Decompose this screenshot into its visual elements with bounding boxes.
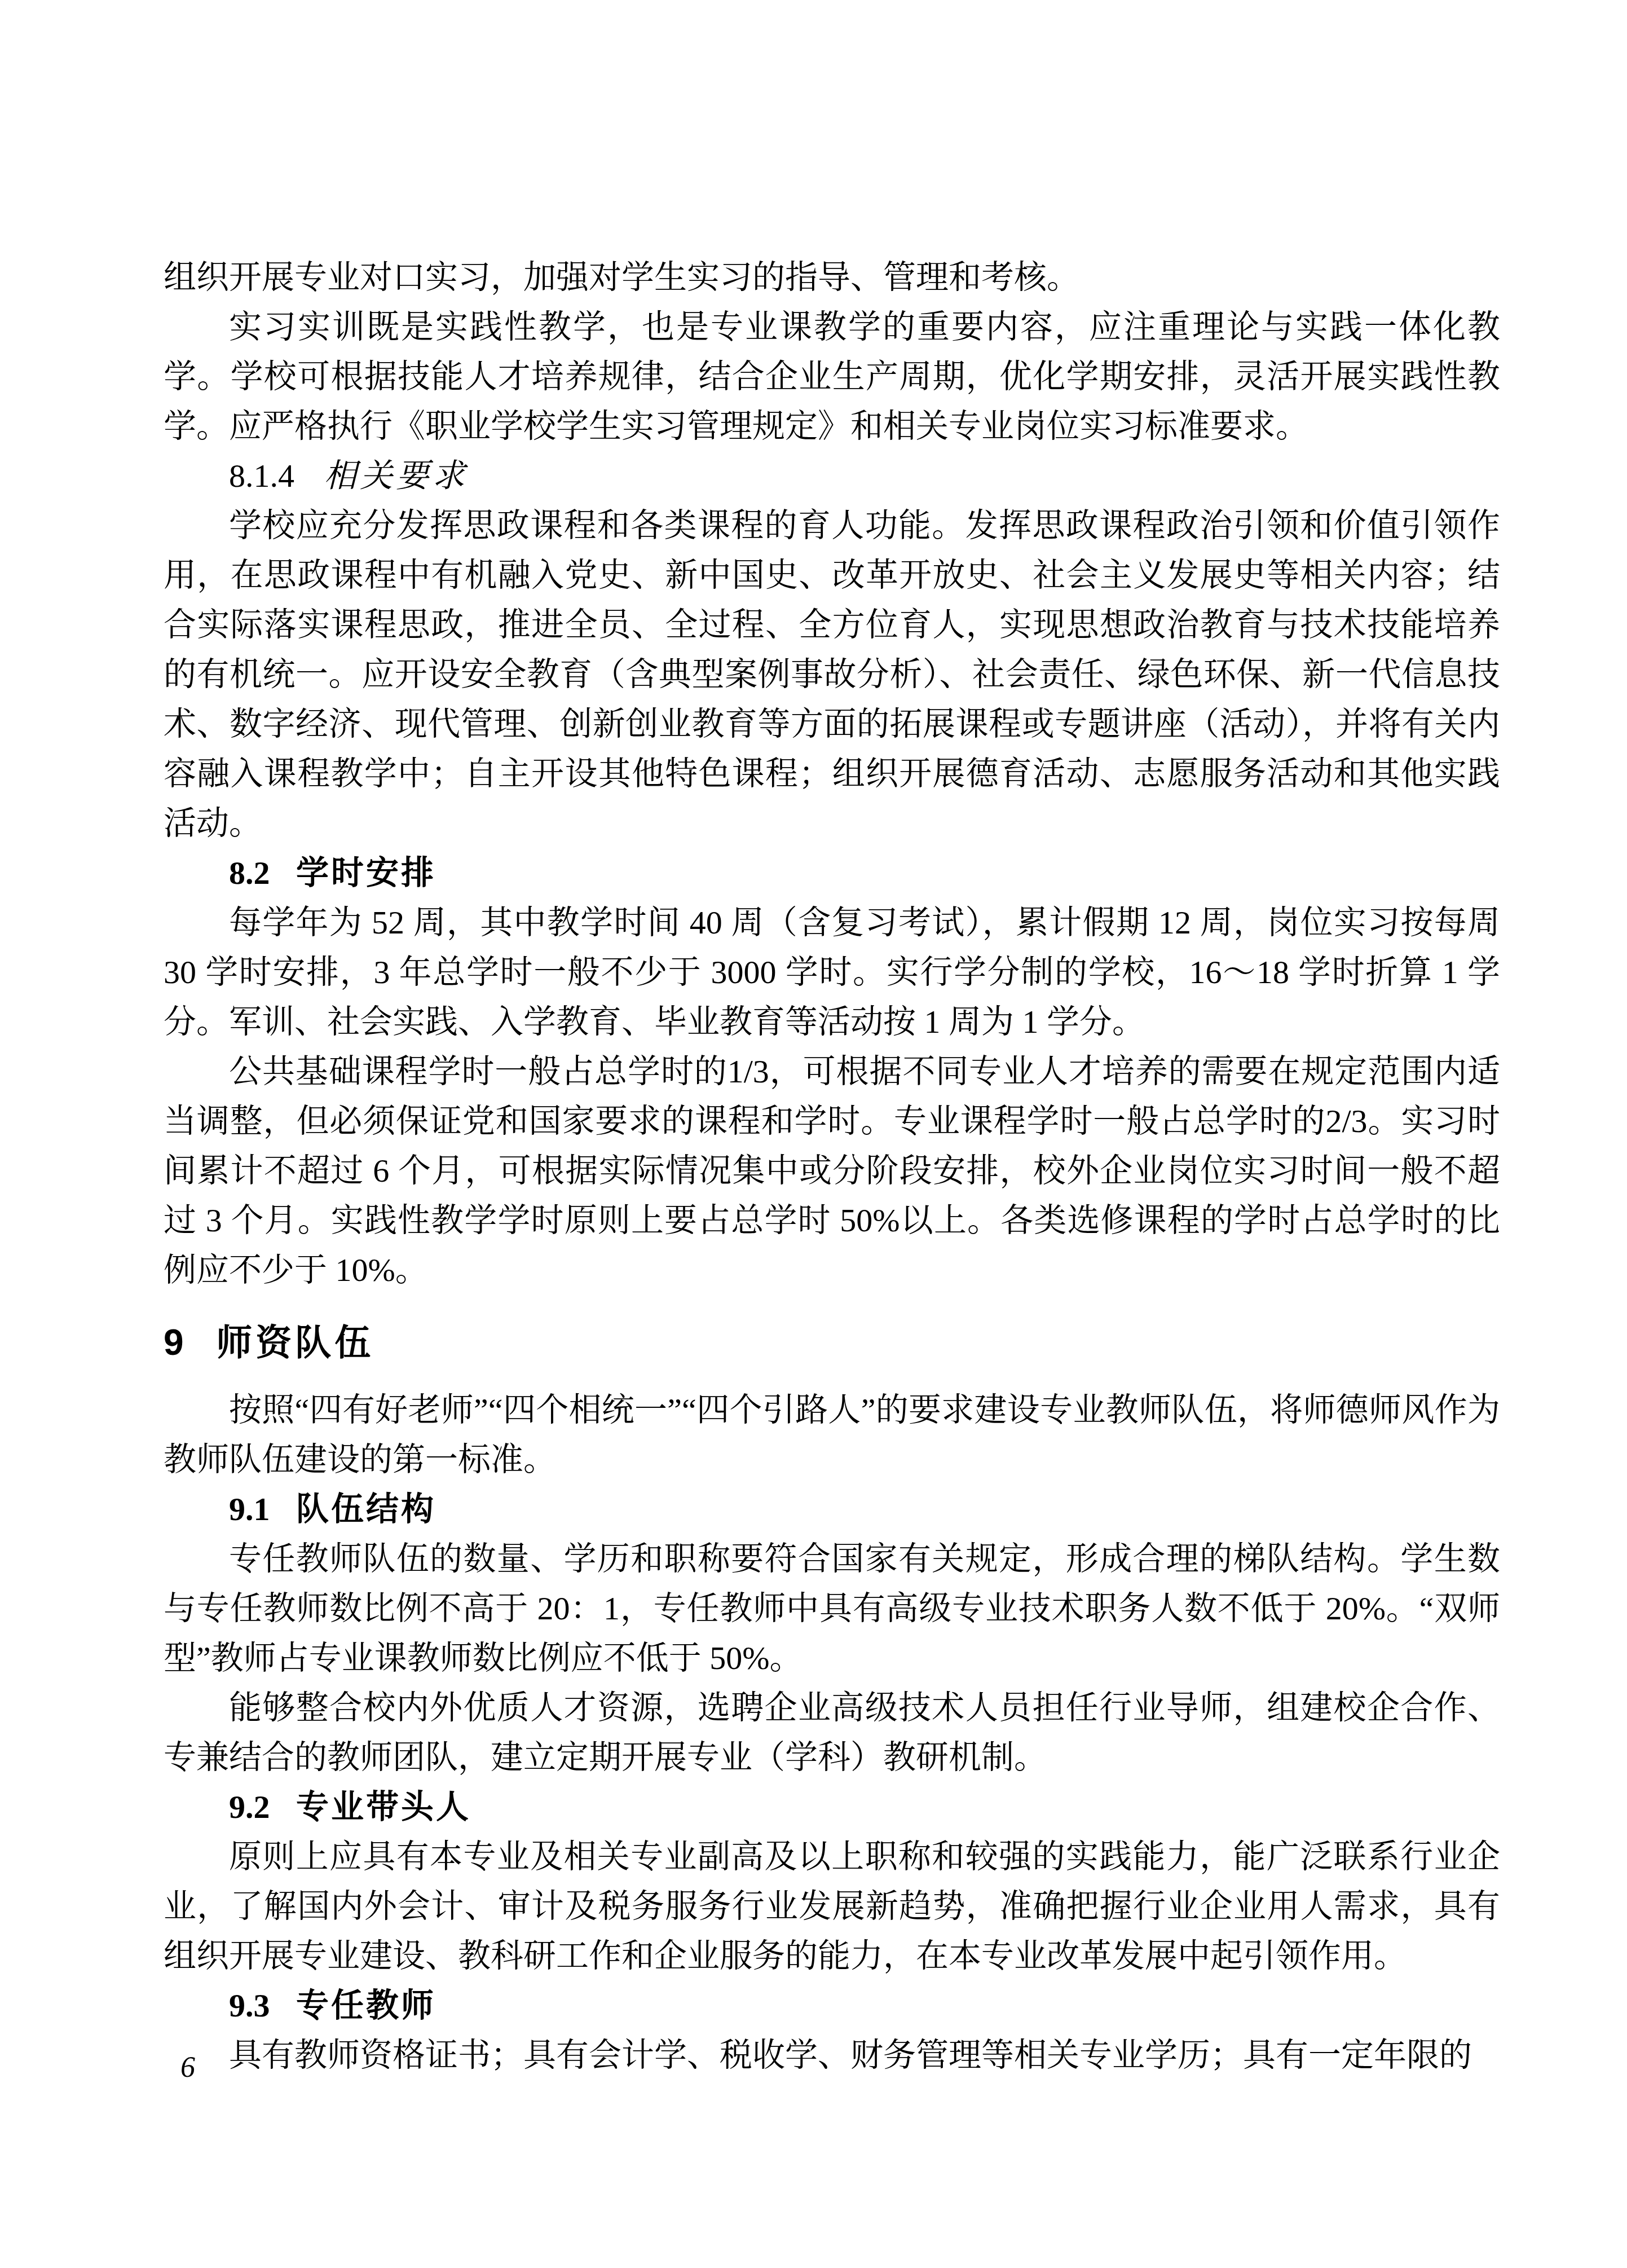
heading-number: 9.1 — [229, 1491, 270, 1527]
heading-number: 9.2 — [229, 1789, 270, 1825]
body-paragraph: 每学年为 52 周，其中教学时间 40 周（含复习考试），累计假期 12 周，岗… — [164, 898, 1500, 1047]
body-paragraph: 按照“四有好老师”“四个相统一”“四个引路人”的要求建设专业教师队伍，将师德师风… — [164, 1385, 1500, 1485]
body-paragraph: 具有教师资格证书；具有会计学、税收学、财务管理等相关专业学历；具有一定年限的 — [164, 2031, 1500, 2080]
heading-title: 学时安排 — [296, 855, 436, 891]
heading-number: 8.1.4 — [229, 457, 294, 494]
heading-title: 队伍结构 — [296, 1491, 436, 1527]
section-heading: 9.2专业带头人 — [164, 1782, 1500, 1832]
document-content: 组织开展专业对口实习，加强对学生实习的指导、管理和考核。实习实训既是实践性教学，… — [164, 253, 1500, 2080]
heading-number: 9.3 — [229, 1987, 270, 2024]
heading-number: 9 — [164, 1322, 184, 1363]
heading-number: 8.2 — [229, 855, 270, 891]
page-number: 6 — [180, 2051, 195, 2084]
body-paragraph: 能够整合校内外优质人才资源，选聘企业高级技术人员担任行业导师，组建校企合作、专兼… — [164, 1683, 1500, 1782]
heading-title: 专业带头人 — [296, 1789, 471, 1825]
body-paragraph: 原则上应具有本专业及相关专业副高及以上职称和较强的实践能力，能广泛联系行业企业，… — [164, 1832, 1500, 1981]
heading-title: 师资队伍 — [216, 1322, 374, 1363]
section-heading: 9.1队伍结构 — [164, 1485, 1500, 1534]
body-paragraph-continued: 组织开展专业对口实习，加强对学生实习的指导、管理和考核。 — [164, 253, 1500, 302]
heading-title: 相关要求 — [324, 457, 468, 494]
subsection-heading: 8.1.4相关要求 — [164, 451, 1500, 501]
chapter-heading: 9师资队伍 — [164, 1315, 1500, 1369]
body-paragraph: 学校应充分发挥思政课程和各类课程的育人功能。发挥思政课程政治引领和价值引领作用，… — [164, 501, 1500, 848]
body-paragraph: 专任教师队伍的数量、学历和职称要符合国家有关规定，形成合理的梯队结构。学生数与专… — [164, 1534, 1500, 1683]
heading-title: 专任教师 — [296, 1987, 436, 2024]
body-paragraph: 公共基础课程学时一般占总学时的1/3，可根据不同专业人才培养的需要在规定范围内适… — [164, 1047, 1500, 1295]
section-heading: 9.3专任教师 — [164, 1981, 1500, 2031]
document-page: 组织开展专业对口实习，加强对学生实习的指导、管理和考核。实习实训既是实践性教学，… — [0, 0, 1627, 2268]
body-paragraph: 实习实训既是实践性教学，也是专业课教学的重要内容，应注重理论与实践一体化教学。学… — [164, 302, 1500, 451]
section-heading: 8.2学时安排 — [164, 848, 1500, 898]
